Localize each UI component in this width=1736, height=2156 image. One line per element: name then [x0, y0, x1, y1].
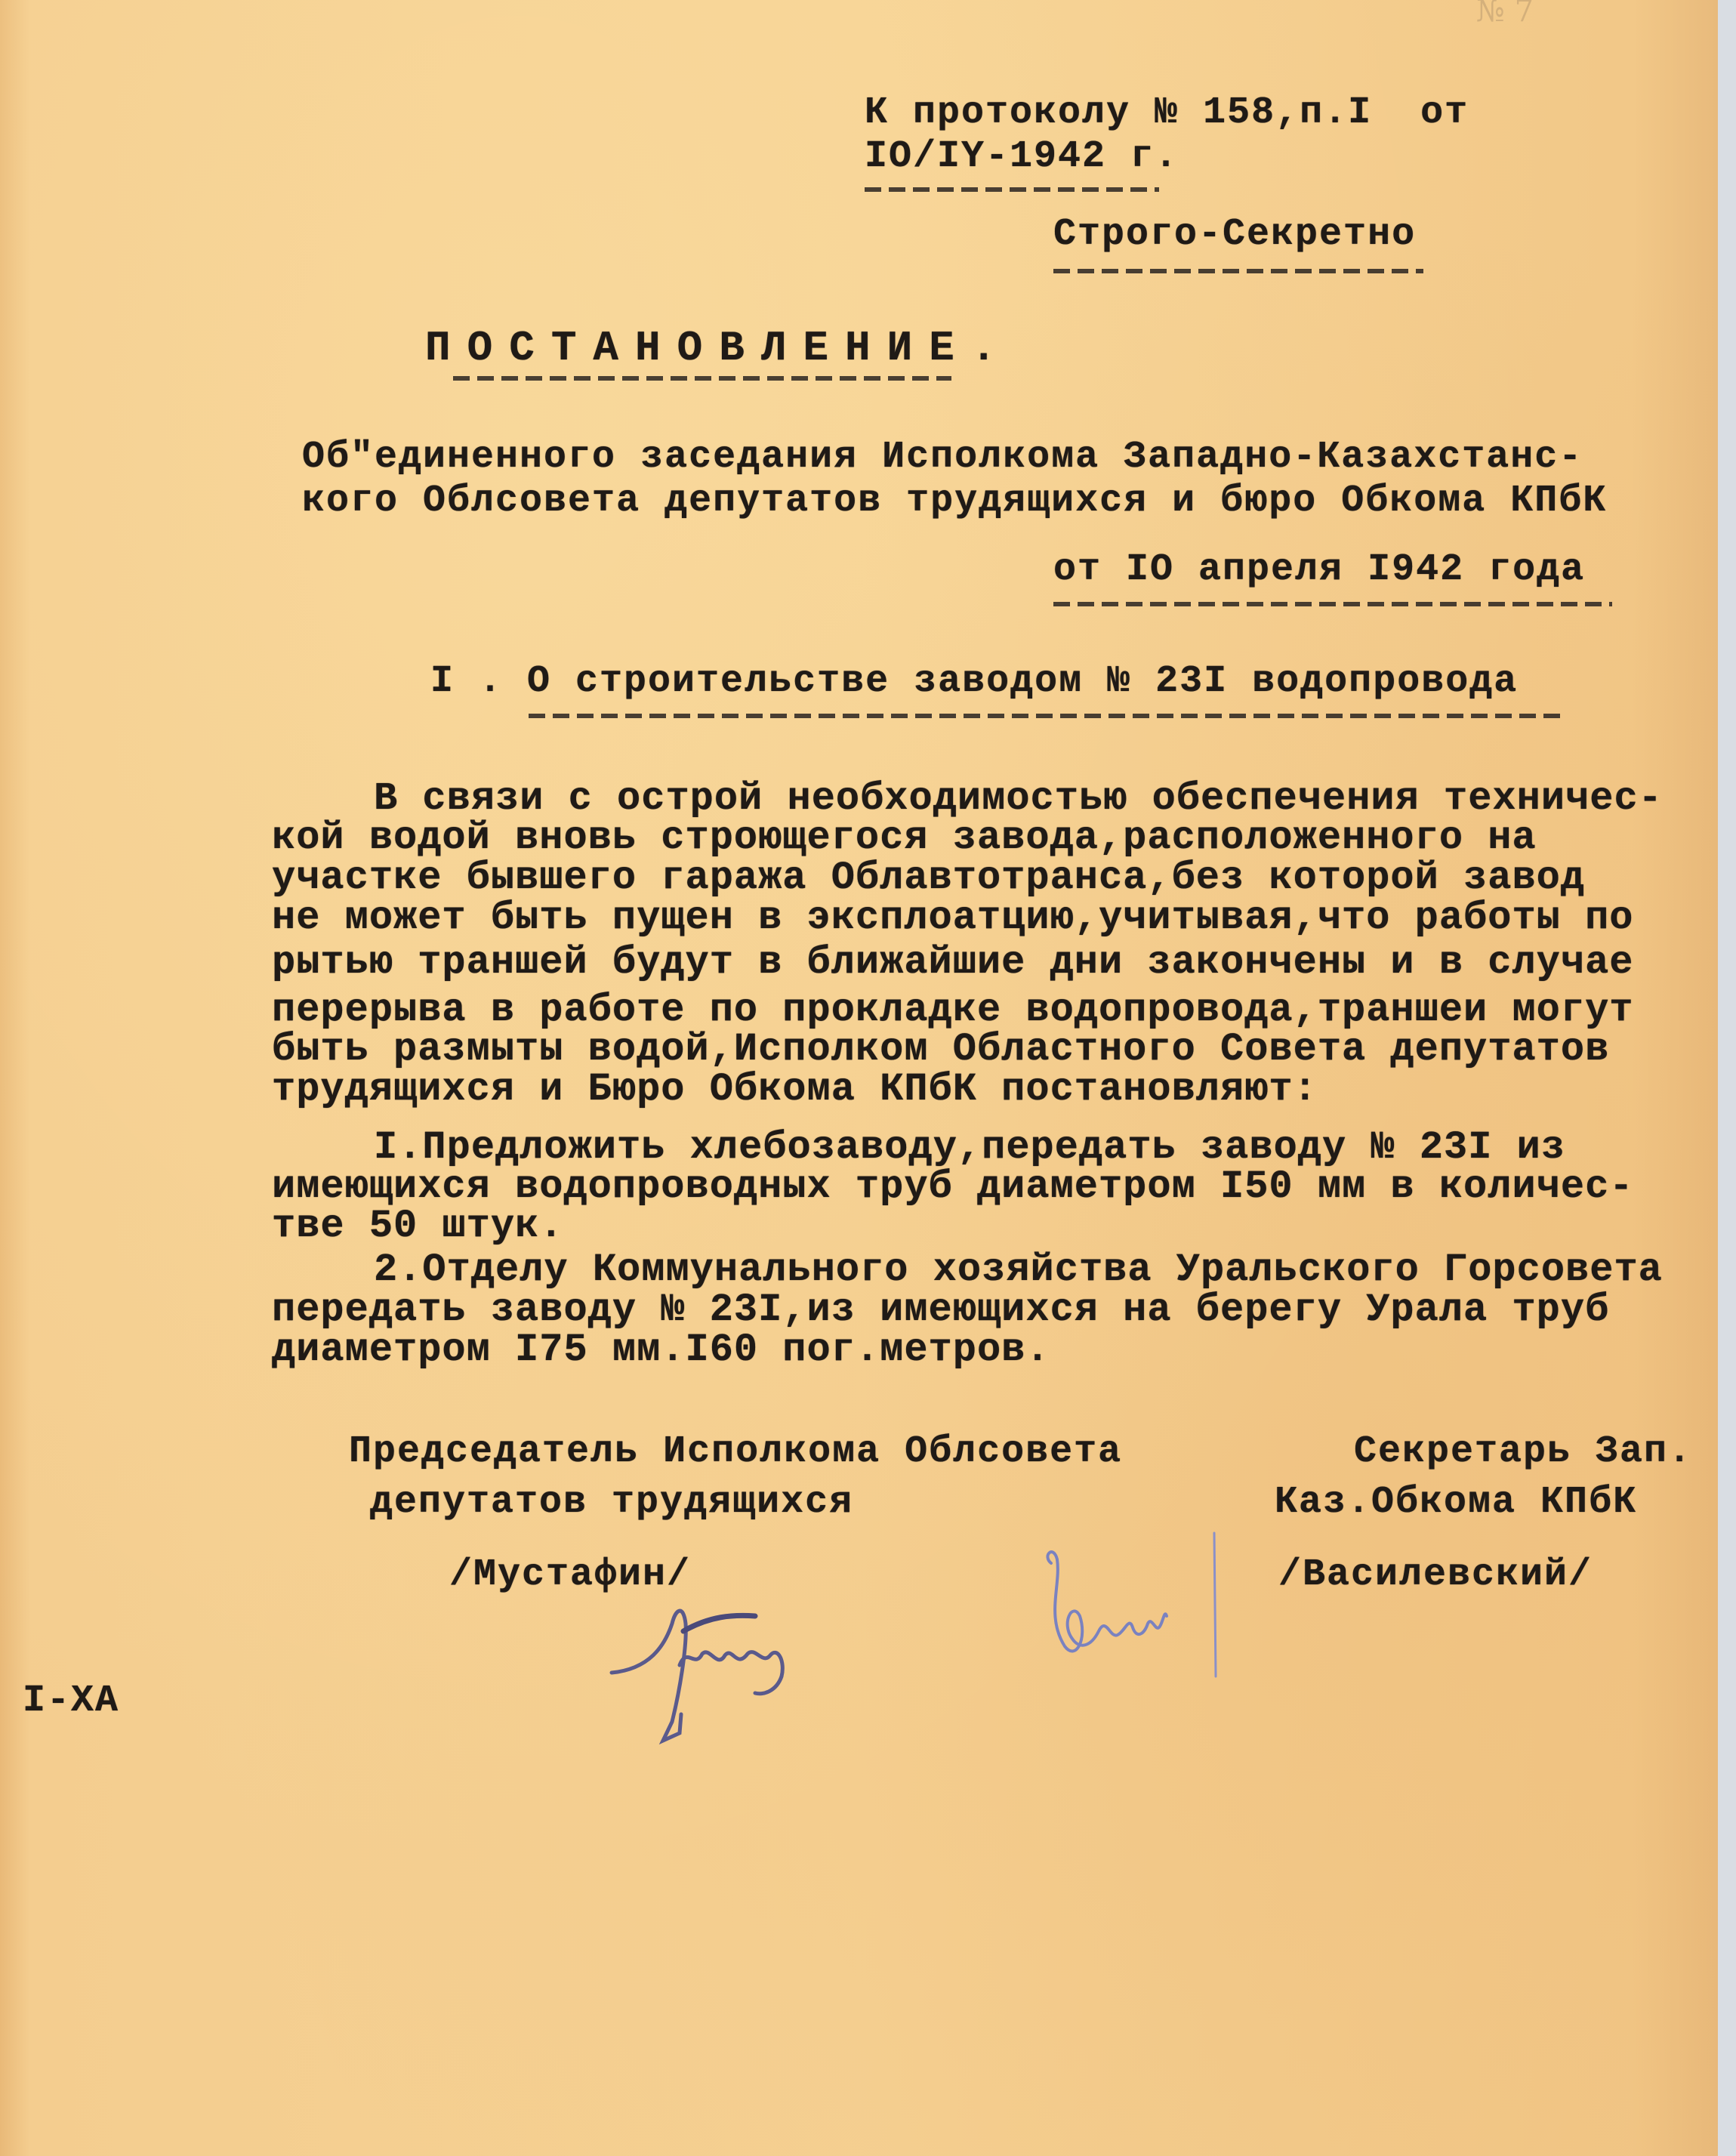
item-line: передать заводу № 23I,из имеющихся на бе… [272, 1288, 1609, 1332]
secretary-name: /Василевский/ [1278, 1554, 1593, 1596]
pencil-archive-mark: № 7 [1476, 0, 1534, 29]
document-page: № 7 К протоколу № 158,п.I от IO/IY-1942 … [0, 0, 1719, 2156]
section-heading-underline [529, 714, 1563, 718]
chairman-title-line-2: депутатов трудящихся [370, 1482, 853, 1524]
section-heading: I . О строительстве заводом № 23I водопр… [430, 661, 1518, 703]
issuer-line-1: Об"единенного заседания Исполкома Западн… [302, 436, 1583, 479]
secretary-title-line-1: Секретарь Зап. [1354, 1431, 1692, 1473]
classification-underline [1053, 269, 1423, 273]
preamble-line: трудящихся и Бюро Обкома КПбК постановля… [272, 1067, 1318, 1112]
preamble-line: не может быть пущен в эксплоатцию,учитыв… [272, 896, 1633, 940]
footer-code: I-ХА [23, 1680, 119, 1723]
protocol-underline [865, 187, 1159, 192]
preamble-line: В связи с острой необходимостью обеспече… [374, 776, 1663, 821]
chairman-title-line-1: Председатель Исполкома Облсовета [349, 1431, 1122, 1473]
item-line: I.Предложить хлебозаводу,передать заводу… [374, 1125, 1565, 1170]
item-line: имеющихся водопроводных труб диаметром I… [272, 1164, 1633, 1209]
issuer-line-2: кого Облсовета депутатов трудящихся и бю… [302, 480, 1607, 523]
chairman-handwritten-signature [604, 1601, 876, 1752]
scan-edge [1718, 0, 1736, 2156]
resolution-date: от IO апреля I942 года [1053, 549, 1585, 591]
item-line: тве 50 штук. [272, 1204, 563, 1248]
item-line: диаметром I75 мм.I60 пог.метров. [272, 1328, 1050, 1372]
preamble-line: кой водой вновь строющегося завода,распо… [272, 816, 1537, 860]
preamble-line: быть размыты водой,Исполком Областного С… [272, 1027, 1609, 1072]
secretary-handwritten-signature [1035, 1503, 1246, 1684]
classification-label: Строго-Секретно [1053, 214, 1416, 256]
protocol-date: IO/IY-1942 г. [865, 136, 1179, 178]
date-underline [1053, 602, 1612, 606]
document-title: ПОСТАНОВЛЕНИЕ. [425, 327, 1013, 369]
title-underline [453, 376, 951, 381]
protocol-reference: К протоколу № 158,п.I от [865, 92, 1469, 134]
preamble-line: рытью траншей будут в ближайшие дни зако… [272, 940, 1633, 985]
preamble-line: участке бывшего гаража Облавтотранса,без… [272, 856, 1585, 900]
secretary-title-line-2: Каз.Обкома КПбК [1275, 1482, 1637, 1524]
chairman-name: /Мустафин/ [449, 1554, 691, 1596]
preamble-line: перерыва в работе по прокладке водопрово… [272, 988, 1633, 1032]
item-line: 2.Отделу Коммунального хозяйства Уральск… [374, 1248, 1663, 1292]
